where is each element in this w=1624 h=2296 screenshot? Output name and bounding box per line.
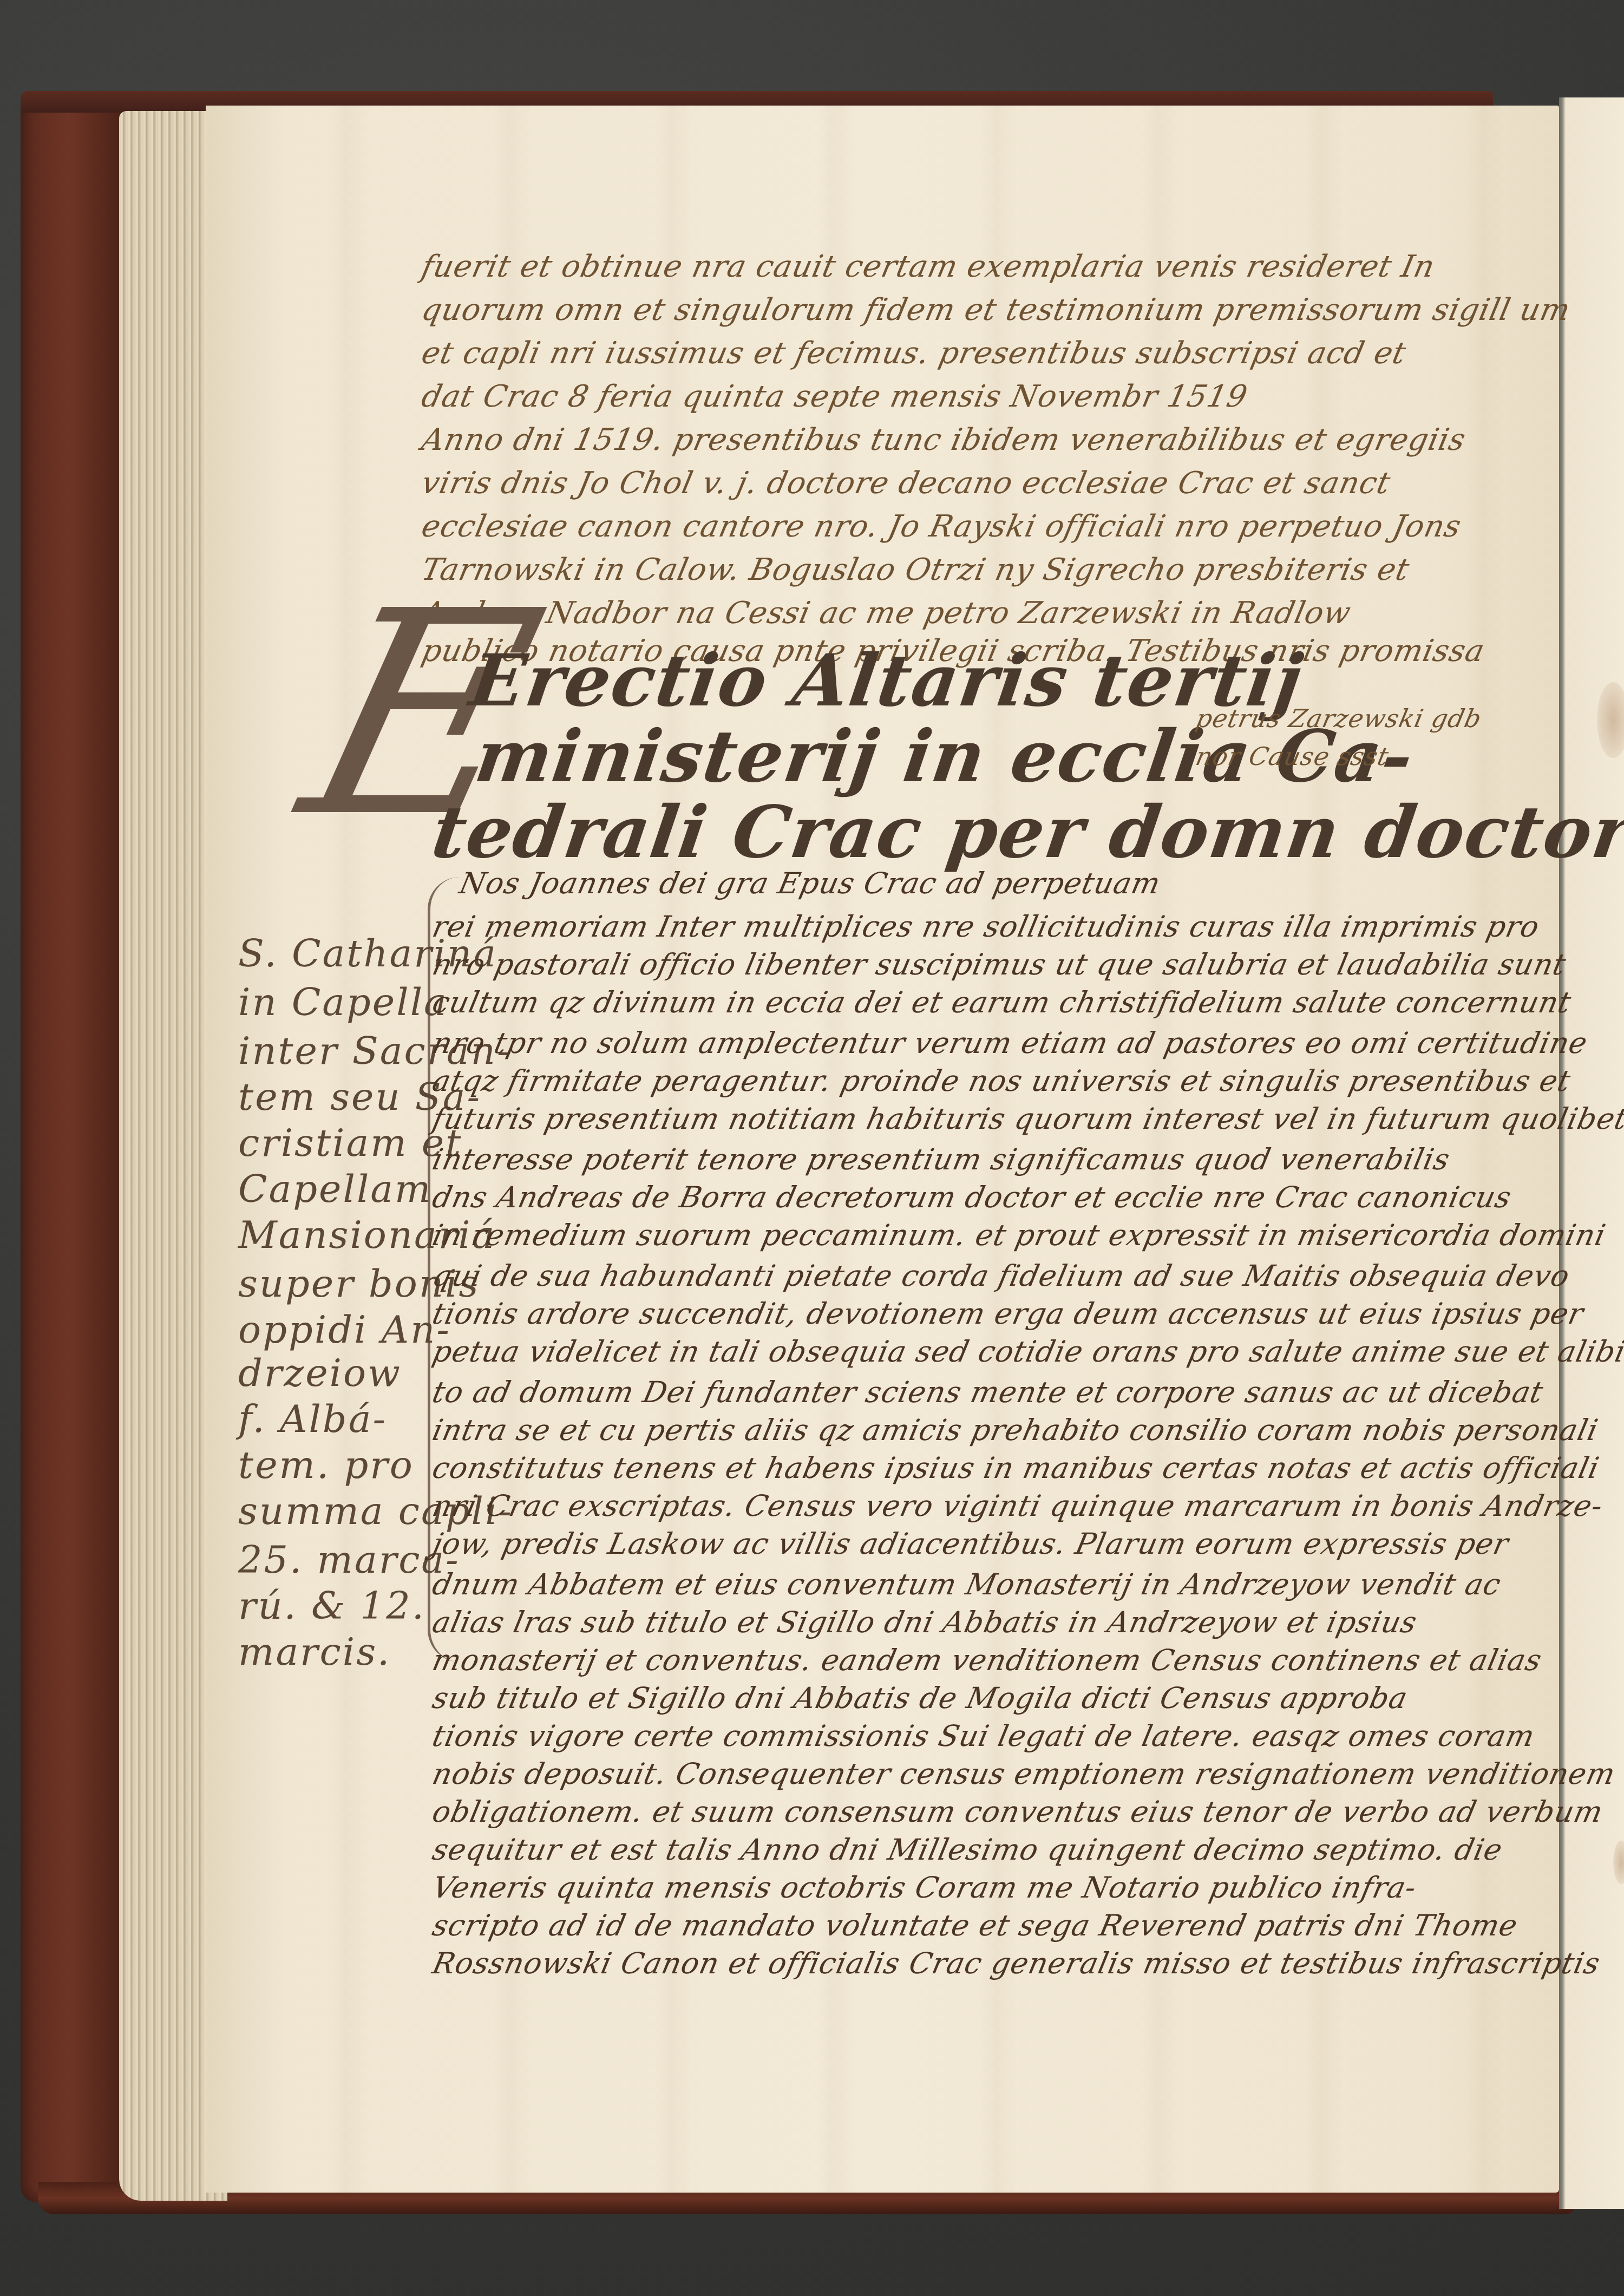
text-line: rei memoriam Inter multiplices nre solli… xyxy=(429,910,1542,944)
margin-note-line: marcis. xyxy=(238,1630,391,1674)
text-line: et capli nri iussimus et fecimus. presen… xyxy=(418,336,1410,371)
text-line: scripto ad id de mandato voluntate et se… xyxy=(429,1908,1521,1942)
side-note-line: nor Cause ssst xyxy=(1193,742,1391,771)
side-note-line: petrus Zarzewski gdb xyxy=(1193,704,1484,733)
text-line: nro tpr no solum amplectentur verum etia… xyxy=(429,1026,1590,1060)
margin-note-line: rú. & 12. xyxy=(238,1584,425,1628)
heading-line: Erectio Altaris tertij xyxy=(465,639,1308,723)
text-line: dns Andreas de Borra decretorum doctor e… xyxy=(429,1180,1515,1214)
text-line: futuris presentium notitiam habituris qu… xyxy=(429,1102,1624,1136)
margin-note-line: oppidi An- xyxy=(238,1307,451,1352)
text-line: sequitur et est talis Anno dni Millesimo… xyxy=(429,1833,1505,1867)
text-line: atqz firmitate peragentur. proinde nos u… xyxy=(429,1064,1574,1098)
text-line: nro pastorali officio libenter suscipimu… xyxy=(429,947,1569,982)
text-line: alias lras sub titulo et Sigillo dni Abb… xyxy=(429,1605,1420,1639)
text-line: qui de sua habundanti pietate corda fide… xyxy=(429,1259,1573,1293)
text-line: Rossnowski Canon et officialis Crac gene… xyxy=(429,1946,1603,1980)
text-line: monasterij et conventus. eandem venditio… xyxy=(429,1643,1545,1677)
text-line: tionis ardore succendit, devotionem erga… xyxy=(429,1297,1587,1331)
text-line: obligationem. et suum consensum conventu… xyxy=(429,1795,1606,1829)
text-line: to ad domum Dei fundanter sciens mente e… xyxy=(429,1375,1547,1409)
text-line: intra se et cu pertis aliis qz amicis pr… xyxy=(429,1413,1601,1447)
margin-note-line: 25. marca- xyxy=(238,1538,460,1582)
text-line: Anno dni 1519. presentibus tunc ibidem v… xyxy=(418,422,1469,457)
margin-note-line: f. Albá- xyxy=(238,1397,387,1441)
text-line: nri Crac exscriptas. Census vero viginti… xyxy=(429,1489,1606,1523)
text-line: Nos Joannes dei gra Epus Crac ad perpetu… xyxy=(456,866,1164,900)
text-line: sub titulo et Sigillo dni Abbatis de Mog… xyxy=(429,1681,1411,1715)
text-line: ecclesiae canon cantore nro. Jo Rayski o… xyxy=(418,509,1464,544)
margin-note-line: tem. pro xyxy=(238,1443,414,1487)
text-line: in remedium suorum peccaminum. et prout … xyxy=(429,1218,1609,1252)
margin-note-line: Capellam xyxy=(238,1167,432,1211)
margin-note-line: drzeiow xyxy=(238,1351,402,1395)
text-line: fuerit et obtinue nra cauit certam exemp… xyxy=(418,249,1438,284)
text-line: Tarnowski in Calow. Boguslao Otrzi ny Si… xyxy=(418,552,1413,587)
text-line: dat Crac 8 feria quinta septe mensis Nov… xyxy=(418,379,1250,414)
text-line: dnum Abbatem et eius conventum Monasteri… xyxy=(429,1567,1504,1601)
text-line: nobis deposuit. Consequenter census empt… xyxy=(429,1757,1624,1791)
margin-note-line: cristiam et xyxy=(238,1121,462,1165)
text-line: cultum qz divinum in eccia dei et earum … xyxy=(429,985,1574,1019)
text-line: viris dnis Jo Chol v. j. doctore decano … xyxy=(418,466,1394,501)
text-line: quorum omn et singulorum fidem et testim… xyxy=(418,292,1574,328)
heading-line: tedrali Crac per domn doctore Borra xyxy=(427,790,1624,874)
text-line: Andrea Nadbor na Cessi ac me petro Zarze… xyxy=(418,596,1354,631)
text-line: Veneris quinta mensis octobris Coram me … xyxy=(429,1870,1419,1905)
text-line: constitutus tenens et habens ipsius in m… xyxy=(429,1451,1602,1485)
margin-note-line: in Capella xyxy=(238,980,448,1024)
text-line: jow, predis Laskow ac villis adiacentibu… xyxy=(429,1527,1512,1561)
text-line: petua videlicet in tali obsequia sed cot… xyxy=(429,1335,1624,1369)
adjacent-page-strip xyxy=(1559,97,1624,2209)
text-line: interesse poterit tenore presentium sign… xyxy=(429,1142,1453,1176)
text-line: tionis vigore certe commissionis Sui leg… xyxy=(429,1719,1538,1753)
